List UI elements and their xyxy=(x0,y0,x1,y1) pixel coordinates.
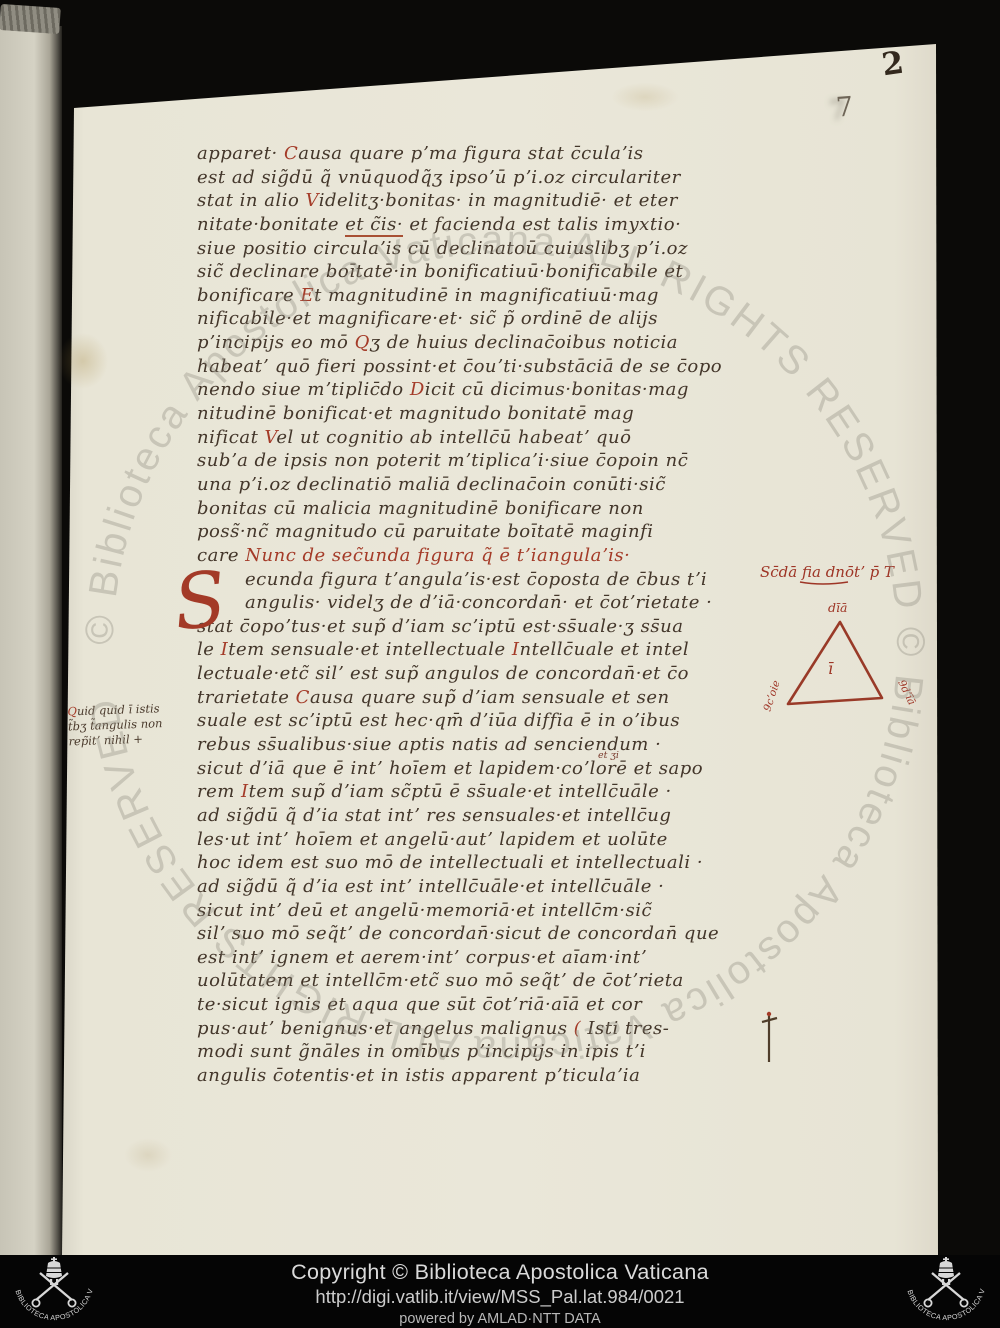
manuscript-line: nificabile·et magnificare·et· sic̃ p̃ or… xyxy=(197,307,782,331)
manuscript-line: trarietate Causa quare sup̃ dʼiam sensua… xyxy=(197,686,782,710)
folio-number-ink: 2 xyxy=(880,45,906,84)
manifest-url-text: http://digi.vatlib.it/view/MSS_Pal.lat.9… xyxy=(0,1286,1000,1308)
manuscript-line: pʼincipijs eo mō Qʒ de huius declinac̄oi… xyxy=(197,331,782,355)
powered-by-text: powered by AMLAD·NTT DATA xyxy=(0,1311,1000,1327)
manuscript-line: nificat Vel ut cognitio ab intellc̄ū hab… xyxy=(197,426,782,450)
manuscript-line: ad sig̃dū q̃ dʼia stat intʼ res sensuale… xyxy=(197,804,782,828)
diagram-left-label: 9cʼoie xyxy=(761,679,782,713)
manuscript-page: 2 7 S apparet· Causa quare pʼma figura s… xyxy=(62,38,938,1255)
binding-endband xyxy=(0,4,61,34)
manuscript-line: est ad sig̃dū q̃ vnūquodq̃ʒ ipsoʼū pʼi.o… xyxy=(197,166,782,190)
manuscript-line: sicut intʼ deū et angelū·memoriā·et inte… xyxy=(197,899,782,923)
manuscript-line: nitate·bonitate et c̃is· et facienda est… xyxy=(197,213,782,237)
caption-underline-flourish xyxy=(800,582,848,584)
interlinear-gloss: et ʒi xyxy=(598,750,619,761)
manuscript-line: rem Item sup̃ dʼiam sc̃ptū ē ss̄uale·et … xyxy=(197,780,782,804)
manuscript-line: stat in alio Videlitʒ·bonitas· in magnit… xyxy=(197,189,782,213)
manuscript-line: uolūtatem et intellc̄m·etc̃ suo mō seq̃t… xyxy=(197,969,782,993)
diagram-caption: Sc̄dā fia dnōtʼ p̄ T xyxy=(760,563,895,581)
footer-bar: Copyright © Biblioteca Apostolica Vatica… xyxy=(0,1255,1000,1328)
manuscript-line: sicut dʼiā que ē intʼ hoīem et lapidem·c… xyxy=(197,757,782,781)
manuscript-line: hoc idem est suo mō de intellectuali et … xyxy=(197,851,782,875)
manuscript-line: suale est scʼiptū est hec·qm̄ dʼiūa diff… xyxy=(197,709,782,733)
vatican-library-logo: BIBLIOTECA APOSTOLICA VATICANA xyxy=(6,1256,102,1326)
manuscript-line: care Nunc de sec̃unda figura q̃ ē tʼiang… xyxy=(197,544,782,568)
triangle-shape xyxy=(788,622,882,704)
triangle-diagram: Sc̄dā fia dnōtʼ p̄ T dīā ī 9cʼoie 9dʼīā xyxy=(756,560,934,745)
manuscript-line: rebus ss̄ualibus·siue aptis natis ad sen… xyxy=(197,733,782,757)
manuscript-line: te·sicut ignis et aqua que sūt c̄otʼriā·… xyxy=(197,993,782,1017)
manuscript-line: ecunda figura tʼangulaʼis·est c̄oposta d… xyxy=(197,568,782,592)
manuscript-line: nitudinē bonificat·et magnitudo bonitatē… xyxy=(197,402,782,426)
manuscript-line: poss̃·nc̃ magnitudo cū paruitate boītatē… xyxy=(197,520,782,544)
manuscript-line: lectuale·etc̃ silʼ est sup̃ angulos de c… xyxy=(197,662,782,686)
manuscript-line: angulis· videlʒ de dʼiā·concordan̄· et c… xyxy=(197,591,782,615)
manuscript-line: bonitas cū malicia magnitudinē bonificar… xyxy=(197,497,782,521)
manuscript-line: est intʼ ignem et aerem·intʼ corpus·et a… xyxy=(197,946,782,970)
manuscript-line: nendo siue mʼtiplic̄do Dicit cū dicimus·… xyxy=(197,378,782,402)
manuscript-line: subʼa de ipsis non poterit mʼtiplicaʼi·s… xyxy=(197,449,782,473)
manuscript-line: sic̃ declinare boītatē·in bonificatiuū·b… xyxy=(197,260,782,284)
manuscript-line: apparet· Causa quare pʼma figura stat c̄… xyxy=(197,142,782,166)
facing-page-edge xyxy=(0,26,62,1256)
manuscript-line: siue positio circulaʼis cū declinatoū cu… xyxy=(197,237,782,261)
digitized-manuscript-photo: { "page": { "folio_number_ink": "2", "fo… xyxy=(0,0,1000,1328)
manuscript-line: una pʼi.oz declinatiō maliā declinac̄oin… xyxy=(197,473,782,497)
manuscript-line: ad sig̃dū q̃ dʼia est intʼ intellc̄uāle·… xyxy=(197,875,782,899)
diagram-center-label: ī xyxy=(828,659,834,678)
manuscript-line: modi sunt g̃nāles in omībus pʼincipijs i… xyxy=(197,1040,782,1064)
manuscript-line: habeatʼ quō fieri possint·et c̄ouʼti·sub… xyxy=(197,355,782,379)
marginal-note: Quid quid ī istis t̃bʒ t̃angulis non rep… xyxy=(67,700,208,750)
manuscript-line: angulis c̄otentis·et in istis apparent p… xyxy=(197,1064,782,1088)
manuscript-line: les·ut intʼ hoīem et angelū·autʼ lapidem… xyxy=(197,828,782,852)
diagram-right-label: 9dʼīā xyxy=(895,678,917,707)
manuscript-line: bonificare Et magnitudinē in magnificati… xyxy=(197,284,782,308)
manuscript-line: le Item sensuale·et intellectuale Intell… xyxy=(197,638,782,662)
manuscript-text-block: apparet· Causa quare pʼma figura stat c̄… xyxy=(197,142,782,1088)
folio-number-faint: 7 xyxy=(835,91,854,123)
manuscript-line: pus·autʼ benignus·et angelus malignus ( … xyxy=(197,1017,782,1041)
vatican-library-logo: BIBLIOTECA APOSTOLICA VATICANA xyxy=(898,1256,994,1326)
copyright-text: Copyright © Biblioteca Apostolica Vatica… xyxy=(0,1260,1000,1285)
manuscript-line: silʼ suo mō seq̃tʼ de concordan̄·sicut d… xyxy=(197,922,782,946)
diagram-top-label: dīā xyxy=(828,600,847,615)
manuscript-line: stat c̄opoʼtus·et sup̃ dʼiam scʼiptū est… xyxy=(197,615,782,639)
rubricated-initial: S xyxy=(170,563,229,638)
marginal-cross-icon xyxy=(760,1010,782,1070)
